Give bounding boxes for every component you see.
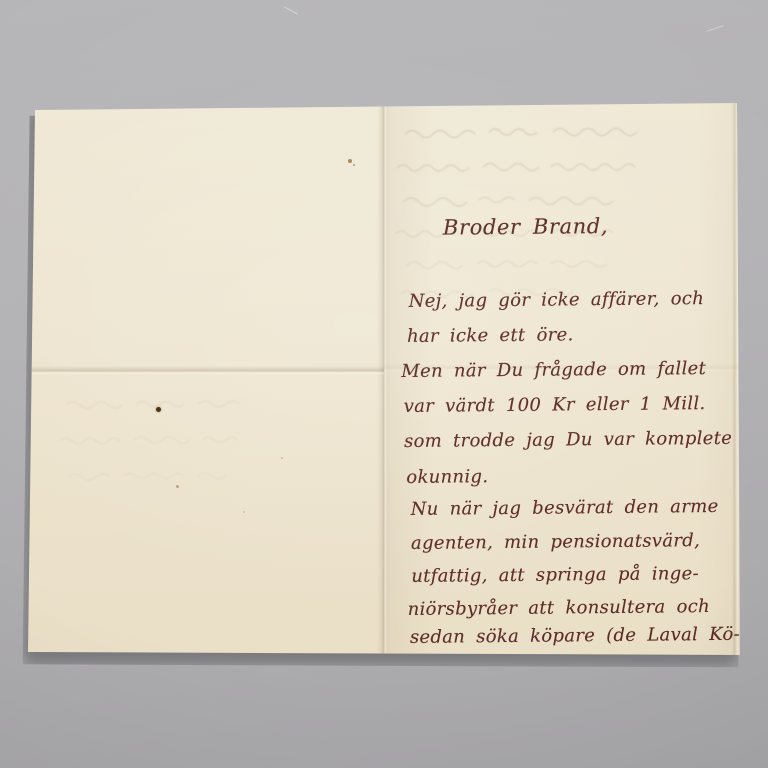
- letter-line: Nej, jag gör icke affärer, och: [409, 288, 705, 312]
- letter-line: var värdt 100 Kr eller 1 Mill.: [404, 393, 706, 417]
- letter-line: agenten, min pensionatsvärd,: [411, 530, 700, 554]
- letter-photograph: Broder Brand, Nej, jag gör icke affärer,…: [0, 0, 768, 768]
- letter-line: okunnig.: [406, 466, 488, 488]
- letter-line: sedan söka köpare (de Laval Kö-: [410, 624, 740, 648]
- letter-line: Men när Du frågade om fallet: [401, 358, 706, 382]
- letter-line: har icke ett öre.: [407, 324, 574, 347]
- salutation: Broder Brand,: [443, 214, 608, 240]
- letter-line: som trodde jag Du var komplete: [404, 428, 732, 452]
- letter-line: Nu när jag besvärat den arme: [411, 496, 719, 520]
- letter-line: niörsbyråer att konsultera och: [408, 596, 711, 620]
- handwritten-text: Broder Brand, Nej, jag gör icke affärer,…: [0, 0, 768, 768]
- letter-line: utfattig, att springa på inge-: [411, 563, 699, 587]
